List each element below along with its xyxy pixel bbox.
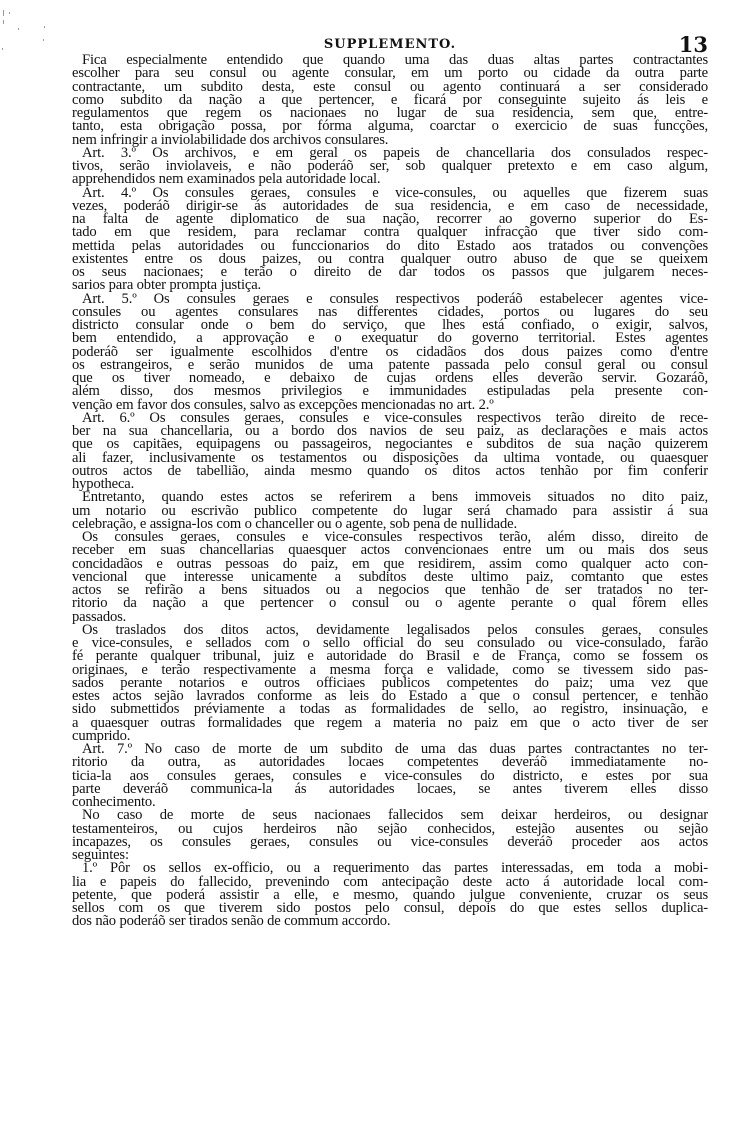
body-text: Fica especialmente entendido que quando …	[72, 54, 708, 929]
scan-speck	[18, 28, 19, 30]
paragraph-art3: Art. 3.º Os archivos, e em geral os pape…	[72, 147, 708, 187]
scan-speck	[9, 12, 10, 14]
paragraph-os-consules: Os consules geraes, consules e vice-cons…	[72, 531, 708, 624]
running-title: SUPPLEMENTO.	[72, 37, 708, 52]
text-line: parte deveráõ communica-la ás autoridade…	[72, 783, 708, 796]
paragraph-no-caso: No caso de morte de seus nacionaes falle…	[72, 809, 708, 862]
text-line: dos não poderáõ ser tirados senão de com…	[72, 915, 708, 928]
text-line: a quaesquer outras formalidades que rege…	[72, 717, 708, 730]
text-line: outros actos de tabellião, ainda mesmo q…	[72, 465, 708, 478]
paragraph-traslados: Os traslados dos ditos actos, devidament…	[72, 624, 708, 743]
text-line: ritorio da nação a que pertencer o consu…	[72, 597, 708, 610]
text-line: incapazes, os consules geraes, consules …	[72, 836, 708, 849]
paragraph-art4: Art. 4.º Os consules geraes, consules e …	[72, 187, 708, 293]
paragraph-art5: Art. 5.º Os consules geraes e consules r…	[72, 293, 708, 412]
scan-speck	[2, 48, 3, 50]
scan-speck	[43, 39, 44, 41]
paragraph-art6: Art. 6.º Os consules geraes, consules e …	[72, 412, 708, 492]
paragraph-art7: Art. 7.º No caso de morte de um subdito …	[72, 743, 708, 809]
document-page: SUPPLEMENTO. 13 Fica especialmente enten…	[72, 34, 708, 929]
scan-speck	[3, 10, 4, 16]
paragraph-item1: 1.º Pôr os sellos ex-officio, ou a reque…	[72, 862, 708, 928]
scan-speck	[3, 20, 4, 24]
paragraph-entretanto: Entretanto, quando estes actos se referi…	[72, 491, 708, 531]
page-header: SUPPLEMENTO. 13	[72, 34, 708, 54]
paragraph-fica: Fica especialmente entendido que quando …	[72, 54, 708, 147]
page-number: 13	[679, 32, 708, 57]
scan-speck	[44, 26, 45, 28]
